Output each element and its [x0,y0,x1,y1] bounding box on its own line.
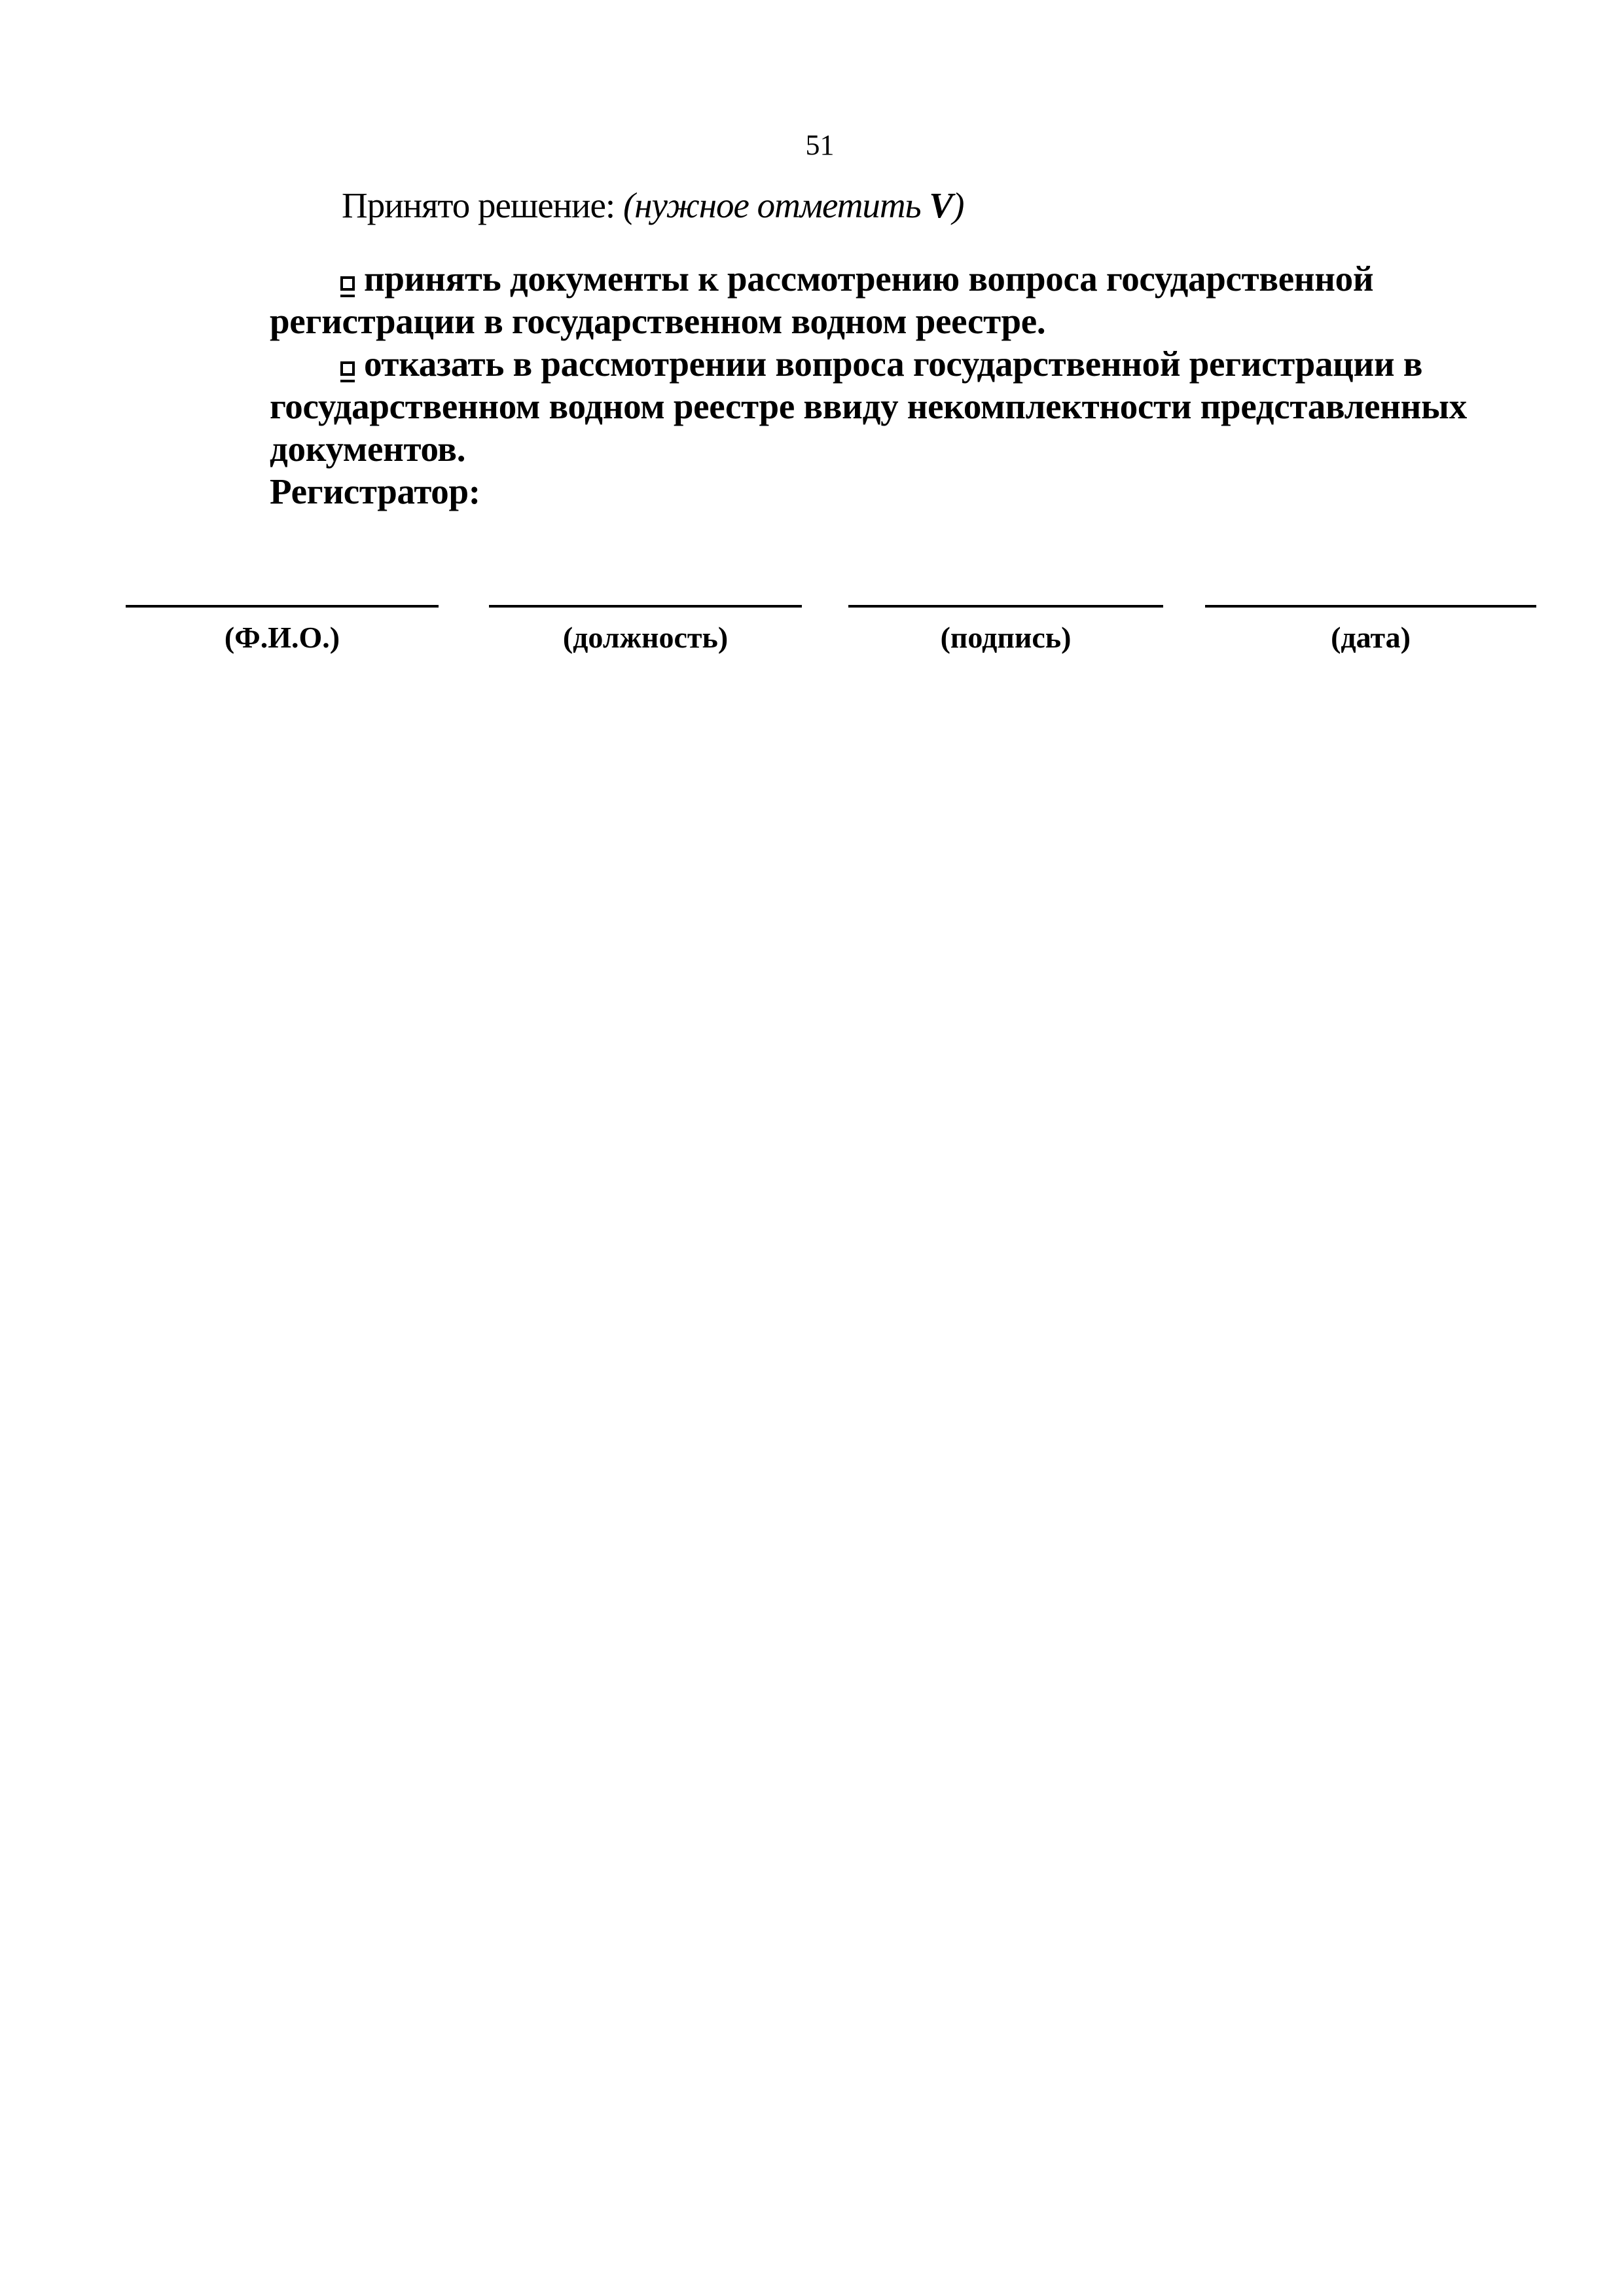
signature-label: (подпись) [848,618,1163,657]
option-refuse-text: отказать в рассмотрении вопроса государс… [270,344,1467,469]
check-mark-symbol: V [929,185,952,225]
position-blank-line[interactable] [489,605,802,608]
decision-options: принять документы к рассмотрению вопроса… [270,257,1513,513]
signature-blank-line[interactable] [848,605,1163,608]
signature-row: (Ф.И.О.) (должность) (подпись) (дата) [0,589,1624,668]
fio-label: (Ф.И.О.) [126,618,439,657]
date-label: (дата) [1205,618,1536,657]
checkbox-refuse[interactable] [340,361,355,376]
position-label: (должность) [489,618,802,657]
registrar-label: Регистратор: [270,470,1513,513]
decision-heading: Принято решение: (нужное отметить V) [342,182,964,229]
option-accept-text: принять документы к рассмотрению вопроса… [270,259,1373,341]
option-accept: принять документы к рассмотрению вопроса… [270,257,1513,342]
page-number: 51 [0,126,1624,165]
decision-hint: (нужное отметить V) [623,185,964,225]
checkbox-accept[interactable] [340,276,355,291]
date-blank-line[interactable] [1205,605,1536,608]
fio-blank-line[interactable] [126,605,439,608]
option-refuse: отказать в рассмотрении вопроса государс… [270,342,1513,470]
decision-label: Принято решение: [342,185,615,225]
